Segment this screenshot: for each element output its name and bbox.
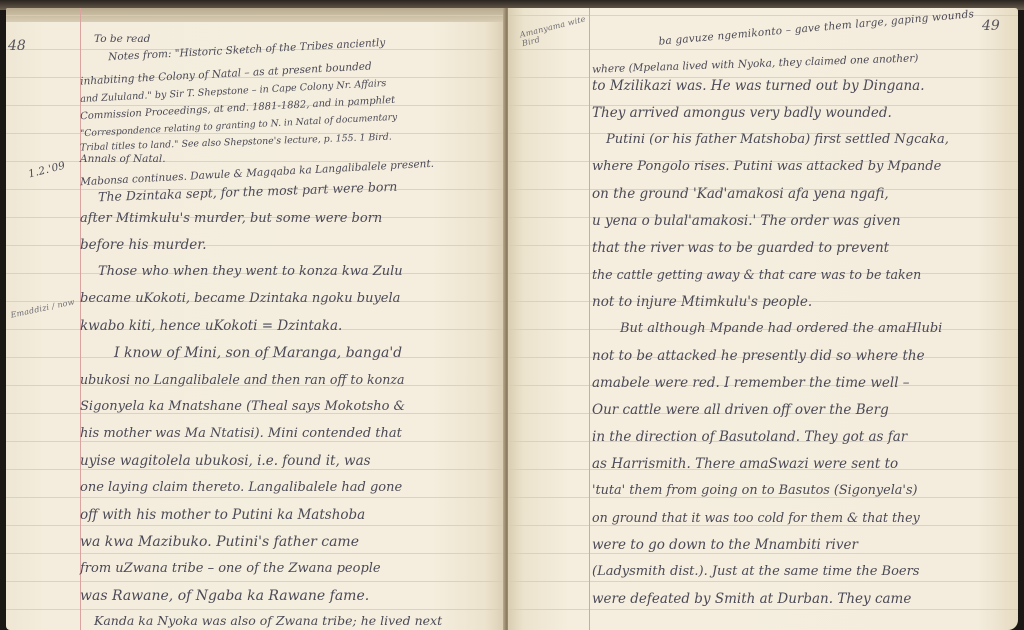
page-number: 48 [8,38,26,54]
text-line: where (Mpelana lived with Nyoka, they cl… [592,50,919,77]
text-line: kwabo kiti, hence uKokoti = Dzintaka. [80,318,342,334]
text-line: was Rawane, of Ngaba ka Rawane fame. [80,588,369,604]
text-line: as Harrismith. There amaSwazi were sent … [592,456,898,472]
text-line: were defeated by Smith at Durban. They c… [592,591,911,607]
text-line: on ground that it was too cold for them … [592,510,920,526]
text-line: to Mzilikazi was. He was turned out by D… [592,78,925,94]
right-page-text: where (Mpelana lived with Nyoka, they cl… [592,8,1012,630]
text-line: on the ground 'Kad'amakosi afa yena ngaf… [592,186,889,202]
text-line: the cattle getting away & that care was … [592,267,921,283]
text-line: before his murder. [80,237,207,253]
text-line: off with his mother to Putini ka Matshob… [80,507,365,523]
text-line: (Ladysmith dist.). Just at the same time… [592,564,919,580]
text-line: Kanda ka Nyoka was also of Zwana tribe; … [94,613,442,629]
text-line: Annals of Natal. [80,151,166,167]
text-line: were to go down to the Mnambiti river [592,537,858,553]
text-line: Those who when they went to konza kwa Zu… [98,264,403,280]
text-line: Our cattle were all driven off over the … [592,402,889,418]
text-line: one laying claim thereto. Langalibalele … [80,480,402,496]
text-line: his mother was Ma Ntatisi). Mini contend… [80,426,402,442]
margin-rule [589,8,590,630]
text-line: Putini (or his father Matshoba) first se… [606,132,949,148]
text-line: Sigonyela ka Mnatshane (Theal says Mokot… [80,399,405,415]
text-line: ubukosi no Langalibalele and then ran of… [80,372,405,388]
text-line: But although Mpande had ordered the amaH… [620,321,942,337]
text-line: in the direction of Basutoland. They got… [592,429,907,445]
right-page: 49 Amanyama wite Bird ba gavuze ngemikon… [508,8,1018,630]
text-line: They arrived amongus very badly wounded. [592,105,892,121]
left-page: 48 1.2.'09 Emaddizi / now To be read Not… [6,8,506,630]
text-line: I know of Mini, son of Maranga, banga'd [114,345,402,361]
text-line: u yena o bulal'amakosi.' The order was g… [592,213,901,229]
text-line: wa kwa Mazibuko. Putini's father came [80,534,359,550]
text-line: amabele were red. I remember the time we… [592,375,910,391]
notebook-scan: 48 1.2.'09 Emaddizi / now To be read Not… [0,0,1024,630]
text-line: became uKokoti, became Dzintaka ngoku bu… [80,291,400,307]
text-line: uyise wagitolela ubukosi, i.e. found it,… [80,453,371,469]
text-line: from uZwana tribe – one of the Zwana peo… [80,561,381,577]
text-line: not to injure Mtimkulu's people. [592,294,812,310]
left-page-text: To be read Notes from: "Historic Sketch … [84,8,504,630]
text-line: not to be attacked he presently did so w… [592,348,925,364]
text-line: To be read [94,31,150,47]
text-line: where Pongolo rises. Putini was attacked… [592,159,941,175]
text-line: that the river was to be guarded to prev… [592,240,889,256]
text-line: 'tuta' them from going on to Basutos (Si… [592,483,918,499]
text-line: after Mtimkulu's murder, but some were b… [80,211,382,227]
